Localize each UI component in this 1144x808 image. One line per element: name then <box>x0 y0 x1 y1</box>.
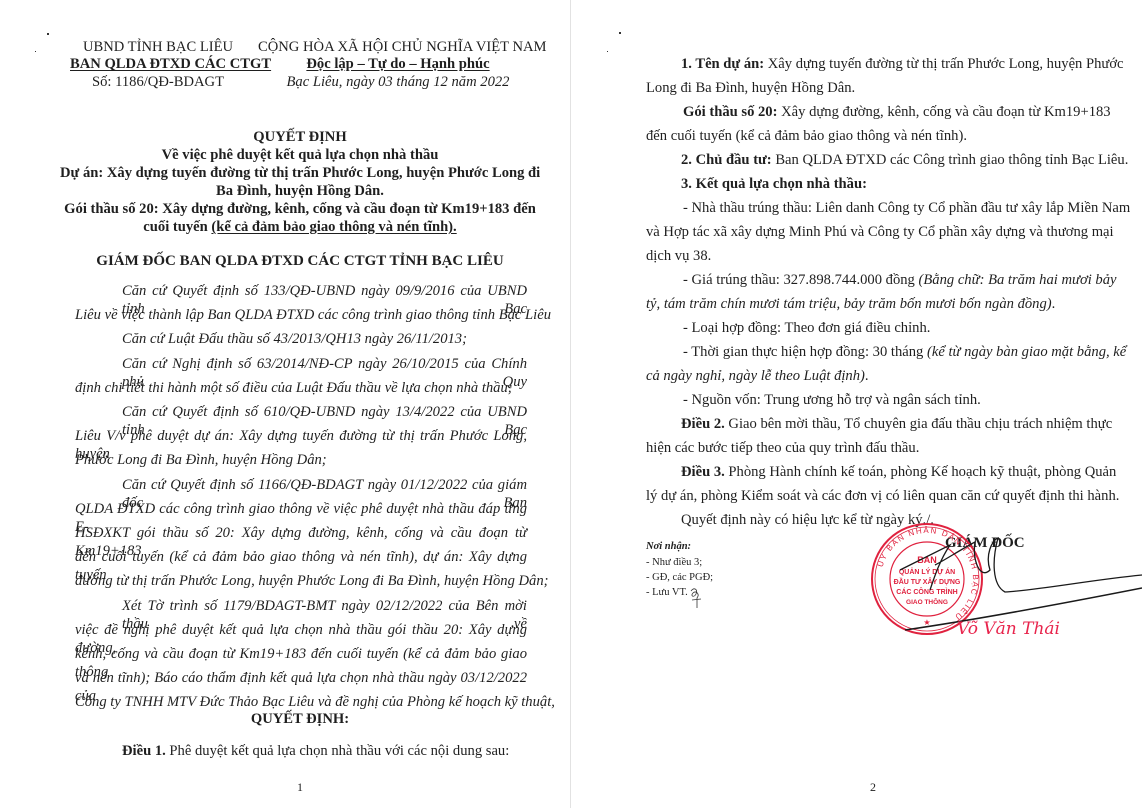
recipient-item: - Như điều 3; <box>646 556 702 569</box>
package-line-2: cuối tuyến (kể cả đảm bảo giao thông và … <box>60 218 540 236</box>
page-number: 1 <box>280 778 320 796</box>
project-line-1: Dự án: Xây dựng tuyến đường từ thị trấn … <box>60 164 540 182</box>
signer-name: Võ Văn Thái <box>957 619 1060 639</box>
scan-speck <box>619 32 621 34</box>
decision-heading: QUYẾT ĐỊNH <box>60 128 540 146</box>
place-date: Bạc Liêu, ngày 03 tháng 12 năm 2022 <box>258 73 538 91</box>
document-number: Số: 1186/QĐ-BDAGT <box>78 73 238 91</box>
recipient-item: - Lưu VT. <box>646 586 688 599</box>
page-number: 2 <box>853 778 893 796</box>
article-1: Điều 1. Phê duyệt kết quả lựa chọn nhà t… <box>122 742 509 760</box>
document-page-1: UBND TỈNH BẠC LIÊU BAN QLDA ĐTXD CÁC CTG… <box>0 0 570 808</box>
authority-title: GIÁM ĐỐC BAN QLDA ĐTXD CÁC CTGT TỈNH BẠC… <box>60 252 540 270</box>
article-1-label: Điều 1. <box>122 743 166 759</box>
national-title: CỘNG HÒA XÃ HỘI CHỦ NGHĨA VIỆT NAM <box>258 38 538 56</box>
package-text: Xây dựng đường, kênh, cống và cầu đoạn t… <box>777 104 1110 120</box>
package: Gói thầu số 20: Xây dựng đường, kênh, cố… <box>683 103 1111 121</box>
initials-mark-icon <box>688 586 704 610</box>
agency-name-text: BAN QLDA ĐTXD CÁC CTGT <box>70 56 271 72</box>
package-line-1: Gói thầu số 20: Xây dựng đường, kênh, cố… <box>60 200 540 218</box>
decision-subject: Về việc phê duyệt kết quả lựa chọn nhà t… <box>60 146 540 164</box>
legal-basis-line: Căn cứ Luật Đấu thầu số 43/2013/QH13 ngà… <box>122 330 467 348</box>
page-divider <box>570 0 571 808</box>
national-motto-text: Độc lập – Tự do – Hạnh phúc <box>306 56 489 72</box>
winner-line-2: và Hợp tác xã xây dựng Minh Phú và Công … <box>646 223 1114 241</box>
project-line-2: Ba Đình, huyện Hồng Dân. <box>60 182 540 200</box>
article-2-label: Điều 2. <box>681 416 725 432</box>
package-label: Gói thầu số 20: <box>683 104 777 120</box>
investor-text: Ban QLDA ĐTXD các Công trình giao thông … <box>772 152 1129 168</box>
investor: 2. Chủ đầu tư: Ban QLDA ĐTXD các Công tr… <box>681 151 1128 169</box>
winning-price-words-a: (Bằng chữ: Ba trăm hai mươi bảy <box>919 272 1117 288</box>
project-name-text: Xây dựng tuyến đường từ thị trấn Phước L… <box>764 56 1123 72</box>
project-name-label: 1. Tên dự án: <box>681 56 764 72</box>
winning-price: - Giá trúng thầu: 327.898.744.000 đồng (… <box>683 271 1117 289</box>
package-line-2-a: cuối tuyến <box>143 219 211 235</box>
contract-type: - Loại hợp đồng: Theo đơn giá điều chỉnh… <box>683 319 930 337</box>
duration-note-a: (kể từ ngày bàn giao mặt bằng, kể <box>927 344 1126 360</box>
winner-line-3: dịch vụ 38. <box>646 247 711 265</box>
agency-parent: UBND TỈNH BẠC LIÊU <box>78 38 238 56</box>
article-3-text: Phòng Hành chính kế toán, phòng Kế hoạch… <box>725 464 1117 480</box>
article-3: Điều 3. Phòng Hành chính kế toán, phòng … <box>681 463 1116 481</box>
selection-result-heading: 3. Kết quả lựa chọn nhà thầu: <box>681 175 867 193</box>
article-2-cont: hiện các bước tiếp theo của quy trình đấ… <box>646 439 919 457</box>
duration-note: cả ngày nghỉ, ngày lễ theo Luật định). <box>646 367 869 385</box>
national-motto: Độc lập – Tự do – Hạnh phúc <box>258 55 538 73</box>
legal-basis-line: Liêu về việc thành lập Ban QLDA ĐTXD các… <box>75 306 551 324</box>
duration: - Thời gian thực hiện hợp đồng: 30 tháng… <box>683 343 1126 361</box>
project-name-cont: Long đi Ba Đình, huyện Hồng Dân. <box>646 79 855 97</box>
decision-subheading: QUYẾT ĐỊNH: <box>60 710 540 728</box>
project-name: 1. Tên dự án: Xây dựng tuyến đường từ th… <box>681 55 1124 73</box>
scan-speck <box>607 51 608 52</box>
article-3-label: Điều 3. <box>681 464 725 480</box>
winning-price-words: tỷ, tám trăm chín mươi tám triệu, bảy tr… <box>646 295 1055 313</box>
legal-basis-line: Công ty TNHH MTV Đức Thảo Bạc Liêu và đề… <box>75 693 555 711</box>
legal-basis-line: định chi tiết thi hành một số điều của L… <box>75 379 513 397</box>
article-1-text: Phê duyệt kết quả lựa chọn nhà thầu với … <box>166 743 510 759</box>
recipients-heading: Nơi nhận: <box>646 540 691 553</box>
agency-name: BAN QLDA ĐTXD CÁC CTGT <box>70 55 255 73</box>
period: . <box>1052 296 1056 312</box>
duration-value: - Thời gian thực hiện hợp đồng: 30 tháng <box>683 344 927 360</box>
duration-note-b: cả ngày nghỉ, ngày lễ theo Luật định) <box>646 368 865 384</box>
package-line-2-b: (kể cả đảm bảo giao thông và nén tĩnh). <box>211 219 456 235</box>
winner-line-1: - Nhà thầu trúng thầu: Liên danh Công ty… <box>683 199 1130 217</box>
investor-label: 2. Chủ đầu tư: <box>681 152 772 168</box>
article-2: Điều 2. Giao bên mời thầu, Tổ chuyên gia… <box>681 415 1112 433</box>
funding-source: - Nguồn vốn: Trung ương hỗ trợ và ngân s… <box>683 391 981 409</box>
package-cont: đến cuối tuyến (kể cả đảm bảo giao thông… <box>646 127 967 145</box>
winning-price-words-b: tỷ, tám trăm chín mươi tám triệu, bảy tr… <box>646 296 1052 312</box>
winning-price-amount: - Giá trúng thầu: 327.898.744.000 đồng <box>683 272 919 288</box>
period: . <box>865 368 869 384</box>
article-2-text: Giao bên mời thầu, Tổ chuyên gia đấu thầ… <box>725 416 1112 432</box>
legal-basis-line: Phước Long đi Ba Đình, huyện Hồng Dân; <box>75 451 327 469</box>
article-3-cont: lý dự án, phòng Kiểm soát và các đơn vị … <box>646 487 1119 505</box>
legal-basis-line: đường từ thị trấn Phước Long, huyện Phướ… <box>75 572 549 590</box>
recipient-item: - GĐ, các PGĐ; <box>646 571 713 584</box>
